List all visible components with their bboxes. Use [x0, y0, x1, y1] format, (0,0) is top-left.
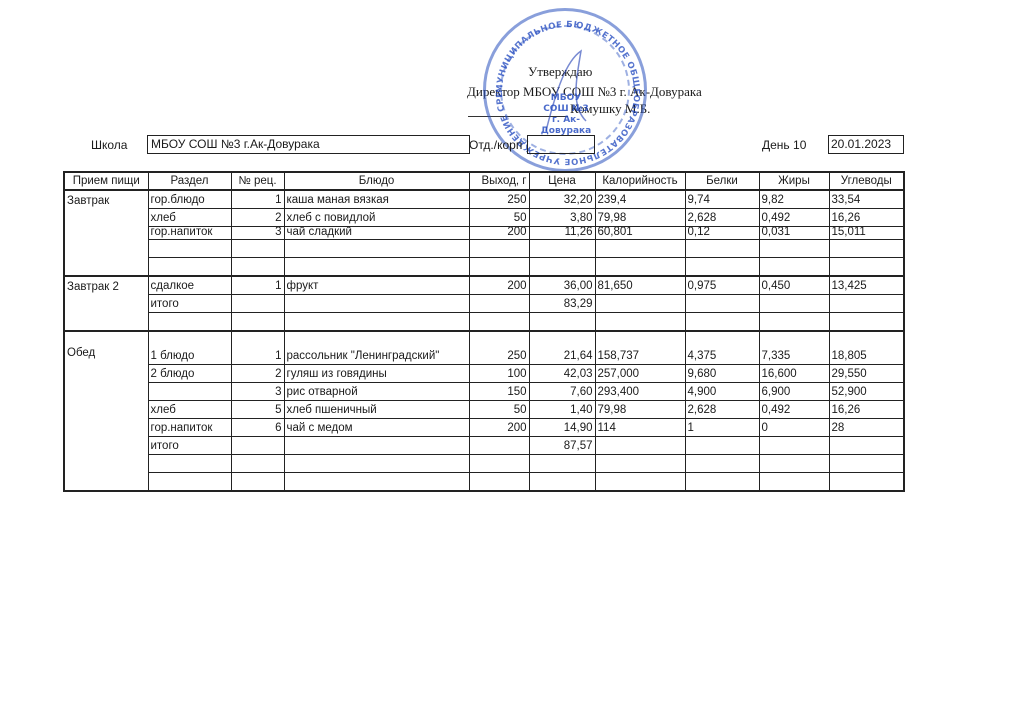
dish-cell: чай сладкий: [284, 227, 469, 240]
col-calories: Калорийность: [595, 172, 685, 190]
table-row: [64, 313, 904, 332]
section-cell: хлеб: [148, 401, 231, 419]
output-cell: 150: [469, 383, 529, 401]
section-cell: [148, 258, 231, 277]
protein-cell: 0,975: [685, 276, 759, 295]
school-label: Школа: [91, 138, 127, 152]
recipe-cell: 3: [231, 383, 284, 401]
fat-cell: 7,335: [759, 331, 829, 365]
fat-cell: [759, 455, 829, 473]
menu-table: Прием пищи Раздел № рец. Блюдо Выход, г …: [63, 171, 905, 492]
fat-cell: [759, 258, 829, 277]
output-cell: 200: [469, 419, 529, 437]
section-cell: 2 блюдо: [148, 365, 231, 383]
fat-cell: 9,82: [759, 190, 829, 209]
approval-position: Директор МБОУ СОШ №3 г. Ак-Довурака: [467, 84, 702, 100]
school-field[interactable]: МБОУ СОШ №3 г.Ак-Довурака: [147, 135, 470, 154]
recipe-cell: [231, 473, 284, 492]
approval-title: Утверждаю: [528, 64, 592, 80]
recipe-cell: [231, 295, 284, 313]
protein-cell: 9,680: [685, 365, 759, 383]
recipe-cell: [231, 313, 284, 332]
table-row: [64, 455, 904, 473]
protein-cell: 0,12: [685, 227, 759, 240]
calories-cell: 114: [595, 419, 685, 437]
approval-name: Комушку М.Б.: [570, 101, 650, 116]
fat-cell: 0,492: [759, 209, 829, 227]
output-cell: 250: [469, 331, 529, 365]
col-recipe: № рец.: [231, 172, 284, 190]
table-row: итого87,57: [64, 437, 904, 455]
dish-cell: [284, 455, 469, 473]
output-cell: [469, 437, 529, 455]
recipe-cell: 6: [231, 419, 284, 437]
table-row: [64, 240, 904, 258]
calories-cell: 79,98: [595, 401, 685, 419]
price-cell: 42,03: [529, 365, 595, 383]
protein-cell: 9,74: [685, 190, 759, 209]
output-cell: 50: [469, 209, 529, 227]
table-row: Обед1 блюдо1рассольник "Ленинградский"25…: [64, 331, 904, 365]
carbs-cell: 33,54: [829, 190, 904, 209]
section-cell: [148, 240, 231, 258]
menu-body: Завтракгор.блюдо1каша маная вязкая25032,…: [64, 190, 904, 491]
table-row: хлеб2хлеб с повидлой503,8079,982,6280,49…: [64, 209, 904, 227]
table-header-row: Прием пищи Раздел № рец. Блюдо Выход, г …: [64, 172, 904, 190]
calories-cell: 293,400: [595, 383, 685, 401]
price-cell: 36,00: [529, 276, 595, 295]
recipe-cell: 2: [231, 365, 284, 383]
fat-cell: 0,492: [759, 401, 829, 419]
price-cell: 3,80: [529, 209, 595, 227]
table-row: гор.напиток6чай с медом20014,901141028: [64, 419, 904, 437]
protein-cell: [685, 473, 759, 492]
dish-cell: гуляш из говядины: [284, 365, 469, 383]
dish-cell: хлеб с повидлой: [284, 209, 469, 227]
dish-cell: [284, 437, 469, 455]
protein-cell: 4,900: [685, 383, 759, 401]
table-row: хлеб5хлеб пшеничный501,4079,982,6280,492…: [64, 401, 904, 419]
section-cell: [148, 313, 231, 332]
protein-cell: 4,375: [685, 331, 759, 365]
recipe-cell: [231, 455, 284, 473]
dish-cell: рассольник "Ленинградский": [284, 331, 469, 365]
meal-name-cell: Завтрак 2: [64, 276, 148, 331]
recipe-cell: 1: [231, 190, 284, 209]
protein-cell: [685, 240, 759, 258]
protein-cell: [685, 295, 759, 313]
carbs-cell: [829, 313, 904, 332]
col-output: Выход, г: [469, 172, 529, 190]
carbs-cell: 18,805: [829, 331, 904, 365]
output-cell: [469, 295, 529, 313]
recipe-cell: 1: [231, 276, 284, 295]
meal-name-cell: Обед: [64, 331, 148, 491]
calories-cell: 239,4: [595, 190, 685, 209]
recipe-cell: [231, 258, 284, 277]
section-cell: сдалкое: [148, 276, 231, 295]
fat-cell: 0,450: [759, 276, 829, 295]
price-cell: 87,57: [529, 437, 595, 455]
output-cell: 50: [469, 401, 529, 419]
output-cell: [469, 313, 529, 332]
section-cell: гор.напиток: [148, 419, 231, 437]
table-row: 2 блюдо2гуляш из говядины10042,03257,000…: [64, 365, 904, 383]
col-section: Раздел: [148, 172, 231, 190]
protein-cell: [685, 258, 759, 277]
fat-cell: 0: [759, 419, 829, 437]
department-field[interactable]: [527, 135, 595, 154]
output-cell: 200: [469, 276, 529, 295]
carbs-cell: 15,011: [829, 227, 904, 240]
recipe-cell: [231, 240, 284, 258]
info-row: Школа МБОУ СОШ №3 г.Ак-Довурака Отд./кор…: [0, 135, 1024, 155]
dish-cell: [284, 473, 469, 492]
calories-cell: [595, 295, 685, 313]
table-row: Завтрак 2сдалкое1фрукт20036,0081,6500,97…: [64, 276, 904, 295]
recipe-cell: 2: [231, 209, 284, 227]
fat-cell: 6,900: [759, 383, 829, 401]
section-cell: гор.блюдо: [148, 190, 231, 209]
department-label: Отд./корп: [469, 138, 522, 152]
table-row: Завтракгор.блюдо1каша маная вязкая25032,…: [64, 190, 904, 209]
dish-cell: [284, 240, 469, 258]
carbs-cell: 28: [829, 419, 904, 437]
price-cell: 14,90: [529, 419, 595, 437]
output-cell: [469, 240, 529, 258]
meal-name-cell: Завтрак: [64, 190, 148, 276]
table-row: гор.напиток3чай сладкий20011,2660,8010,1…: [64, 227, 904, 240]
calories-cell: [595, 455, 685, 473]
protein-cell: [685, 437, 759, 455]
calories-cell: [595, 473, 685, 492]
calories-cell: [595, 437, 685, 455]
carbs-cell: [829, 295, 904, 313]
table-row: [64, 258, 904, 277]
fat-cell: [759, 295, 829, 313]
price-cell: 7,60: [529, 383, 595, 401]
table-row: итого83,29: [64, 295, 904, 313]
section-cell: хлеб: [148, 209, 231, 227]
stamp-line-3: г. Ак-Довурака: [530, 115, 602, 137]
output-cell: [469, 258, 529, 277]
calories-cell: [595, 258, 685, 277]
fat-cell: [759, 473, 829, 492]
price-cell: 83,29: [529, 295, 595, 313]
calories-cell: 81,650: [595, 276, 685, 295]
dish-cell: фрукт: [284, 276, 469, 295]
recipe-cell: 1: [231, 331, 284, 365]
fat-cell: [759, 437, 829, 455]
fat-cell: [759, 240, 829, 258]
carbs-cell: [829, 437, 904, 455]
price-cell: [529, 455, 595, 473]
price-cell: 1,40: [529, 401, 595, 419]
section-cell: гор.напиток: [148, 227, 231, 240]
calories-cell: [595, 240, 685, 258]
table-row: 3рис отварной1507,60293,4004,9006,90052,…: [64, 383, 904, 401]
dish-cell: [284, 295, 469, 313]
calories-cell: 158,737: [595, 331, 685, 365]
carbs-cell: 29,550: [829, 365, 904, 383]
carbs-cell: [829, 455, 904, 473]
calories-cell: 79,98: [595, 209, 685, 227]
carbs-cell: 13,425: [829, 276, 904, 295]
col-fat: Жиры: [759, 172, 829, 190]
section-cell: итого: [148, 437, 231, 455]
calories-cell: 60,801: [595, 227, 685, 240]
price-cell: 21,64: [529, 331, 595, 365]
col-protein: Белки: [685, 172, 759, 190]
col-meal: Прием пищи: [64, 172, 148, 190]
carbs-cell: [829, 240, 904, 258]
section-cell: 1 блюдо: [148, 331, 231, 365]
output-cell: [469, 455, 529, 473]
protein-cell: 1: [685, 419, 759, 437]
calories-cell: 257,000: [595, 365, 685, 383]
price-cell: [529, 313, 595, 332]
fat-cell: 16,600: [759, 365, 829, 383]
output-cell: [469, 473, 529, 492]
carbs-cell: 16,26: [829, 209, 904, 227]
date-field[interactable]: 20.01.2023: [828, 135, 904, 154]
dish-cell: [284, 313, 469, 332]
col-price: Цена: [529, 172, 595, 190]
carbs-cell: 52,900: [829, 383, 904, 401]
carbs-cell: [829, 258, 904, 277]
dish-cell: хлеб пшеничный: [284, 401, 469, 419]
signature-line: [468, 104, 568, 117]
recipe-cell: 3: [231, 227, 284, 240]
recipe-cell: [231, 437, 284, 455]
section-cell: [148, 383, 231, 401]
section-cell: [148, 473, 231, 492]
carbs-cell: 16,26: [829, 401, 904, 419]
day-label: День 10: [762, 138, 806, 152]
col-carbs: Углеводы: [829, 172, 904, 190]
recipe-cell: 5: [231, 401, 284, 419]
price-cell: [529, 258, 595, 277]
protein-cell: 2,628: [685, 401, 759, 419]
protein-cell: [685, 455, 759, 473]
carbs-cell: [829, 473, 904, 492]
calories-cell: [595, 313, 685, 332]
output-cell: 100: [469, 365, 529, 383]
col-dish: Блюдо: [284, 172, 469, 190]
approval-signature: Комушку М.Б.: [468, 101, 650, 117]
price-cell: [529, 473, 595, 492]
table-row: [64, 473, 904, 492]
price-cell: 32,20: [529, 190, 595, 209]
price-cell: [529, 240, 595, 258]
fat-cell: 0,031: [759, 227, 829, 240]
output-cell: 200: [469, 227, 529, 240]
dish-cell: каша маная вязкая: [284, 190, 469, 209]
protein-cell: [685, 313, 759, 332]
fat-cell: [759, 313, 829, 332]
dish-cell: чай с медом: [284, 419, 469, 437]
section-cell: [148, 455, 231, 473]
price-cell: 11,26: [529, 227, 595, 240]
protein-cell: 2,628: [685, 209, 759, 227]
dish-cell: рис отварной: [284, 383, 469, 401]
output-cell: 250: [469, 190, 529, 209]
dish-cell: [284, 258, 469, 277]
section-cell: итого: [148, 295, 231, 313]
